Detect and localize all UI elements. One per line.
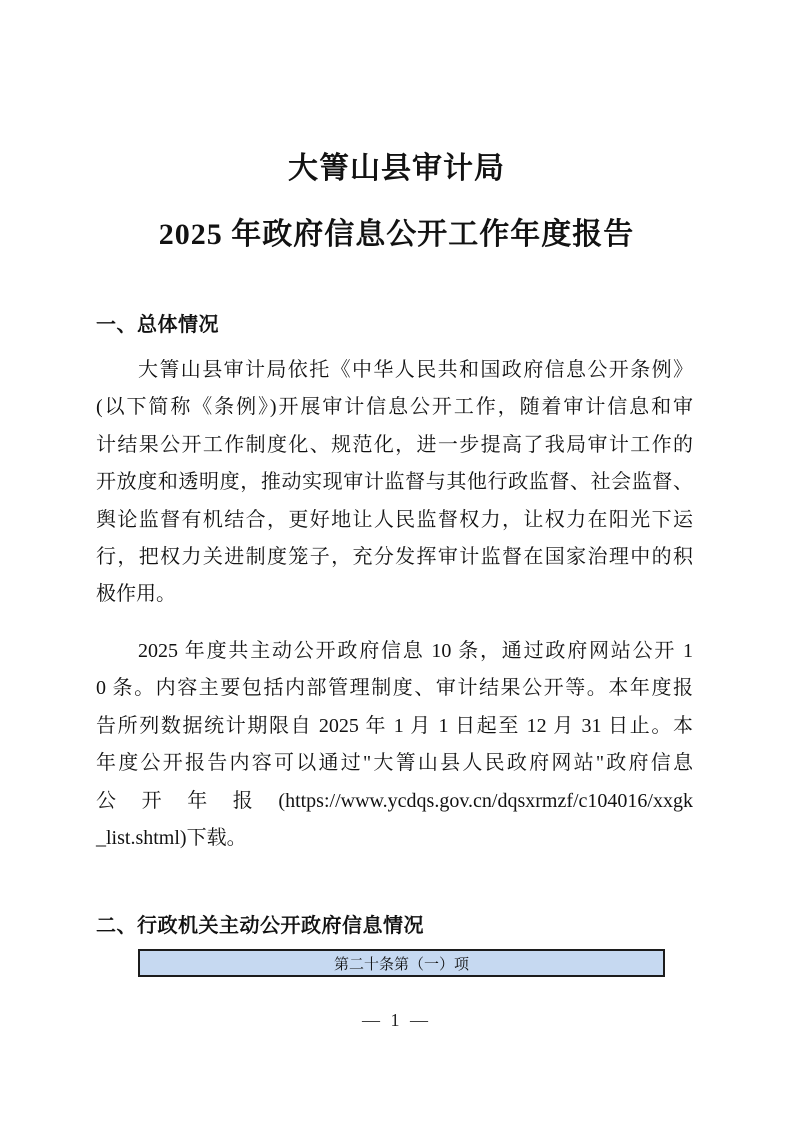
report-title-line1: 大箐山县审计局: [0, 150, 793, 188]
paragraph-line: 告所列数据统计期限自 2025 年 1 月 1 日起至 12 月 31 日止。本: [96, 708, 693, 745]
paragraph-line: 行，把权力关进制度笼子，充分发挥审计监督在国家治理中的积: [96, 539, 693, 576]
paragraph-line: 计结果公开工作制度化、规范化，进一步提高了我局审计工作的: [96, 427, 693, 464]
paragraph-line: 公开年报(https://www.ycdqs.gov.cn/dqsxrmzf/c…: [96, 783, 693, 820]
paragraph-line: 舆论监督有机结合，更好地让人民监督权力，让权力在阳光下运: [96, 502, 693, 539]
document-page: 大箐山县审计局 2025 年政府信息公开工作年度报告 一、总体情况 大箐山县审计…: [0, 0, 793, 1122]
paragraph-line: 0 条。内容主要包括内部管理制度、审计结果公开等。本年度报: [96, 670, 693, 707]
section-heading-overall-situation: 一、总体情况: [96, 312, 219, 338]
report-title-line2: 2025 年政府信息公开工作年度报告: [0, 216, 793, 254]
paragraph-line: 极作用。: [96, 576, 693, 613]
paragraph-line: 大箐山县审计局依托《中华人民共和国政府信息公开条例》: [96, 352, 693, 389]
section-heading-proactive-disclosure: 二、行政机关主动公开政府信息情况: [96, 913, 424, 939]
paragraph-line: (以下简称《条例》)开展审计信息公开工作，随着审计信息和审: [96, 389, 693, 426]
paragraph-line: 开放度和透明度，推动实现审计监督与其他行政监督、社会监督、: [96, 464, 693, 501]
table-header-cell: 第二十条第（一）项: [138, 949, 665, 977]
paragraph-1: 大箐山县审计局依托《中华人民共和国政府信息公开条例》 (以下简称《条例》)开展审…: [96, 352, 693, 614]
paragraph-2: 2025 年度共主动公开政府信息 10 条，通过政府网站公开 1 0 条。内容主…: [96, 633, 693, 857]
page-number: — 1 —: [0, 1010, 793, 1031]
paragraph-line: 年度公开报告内容可以通过"大箐山县人民政府网站"政府信息: [96, 745, 693, 782]
paragraph-line: 2025 年度共主动公开政府信息 10 条，通过政府网站公开 1: [96, 633, 693, 670]
paragraph-line: _list.shtml)下载。: [96, 820, 693, 857]
